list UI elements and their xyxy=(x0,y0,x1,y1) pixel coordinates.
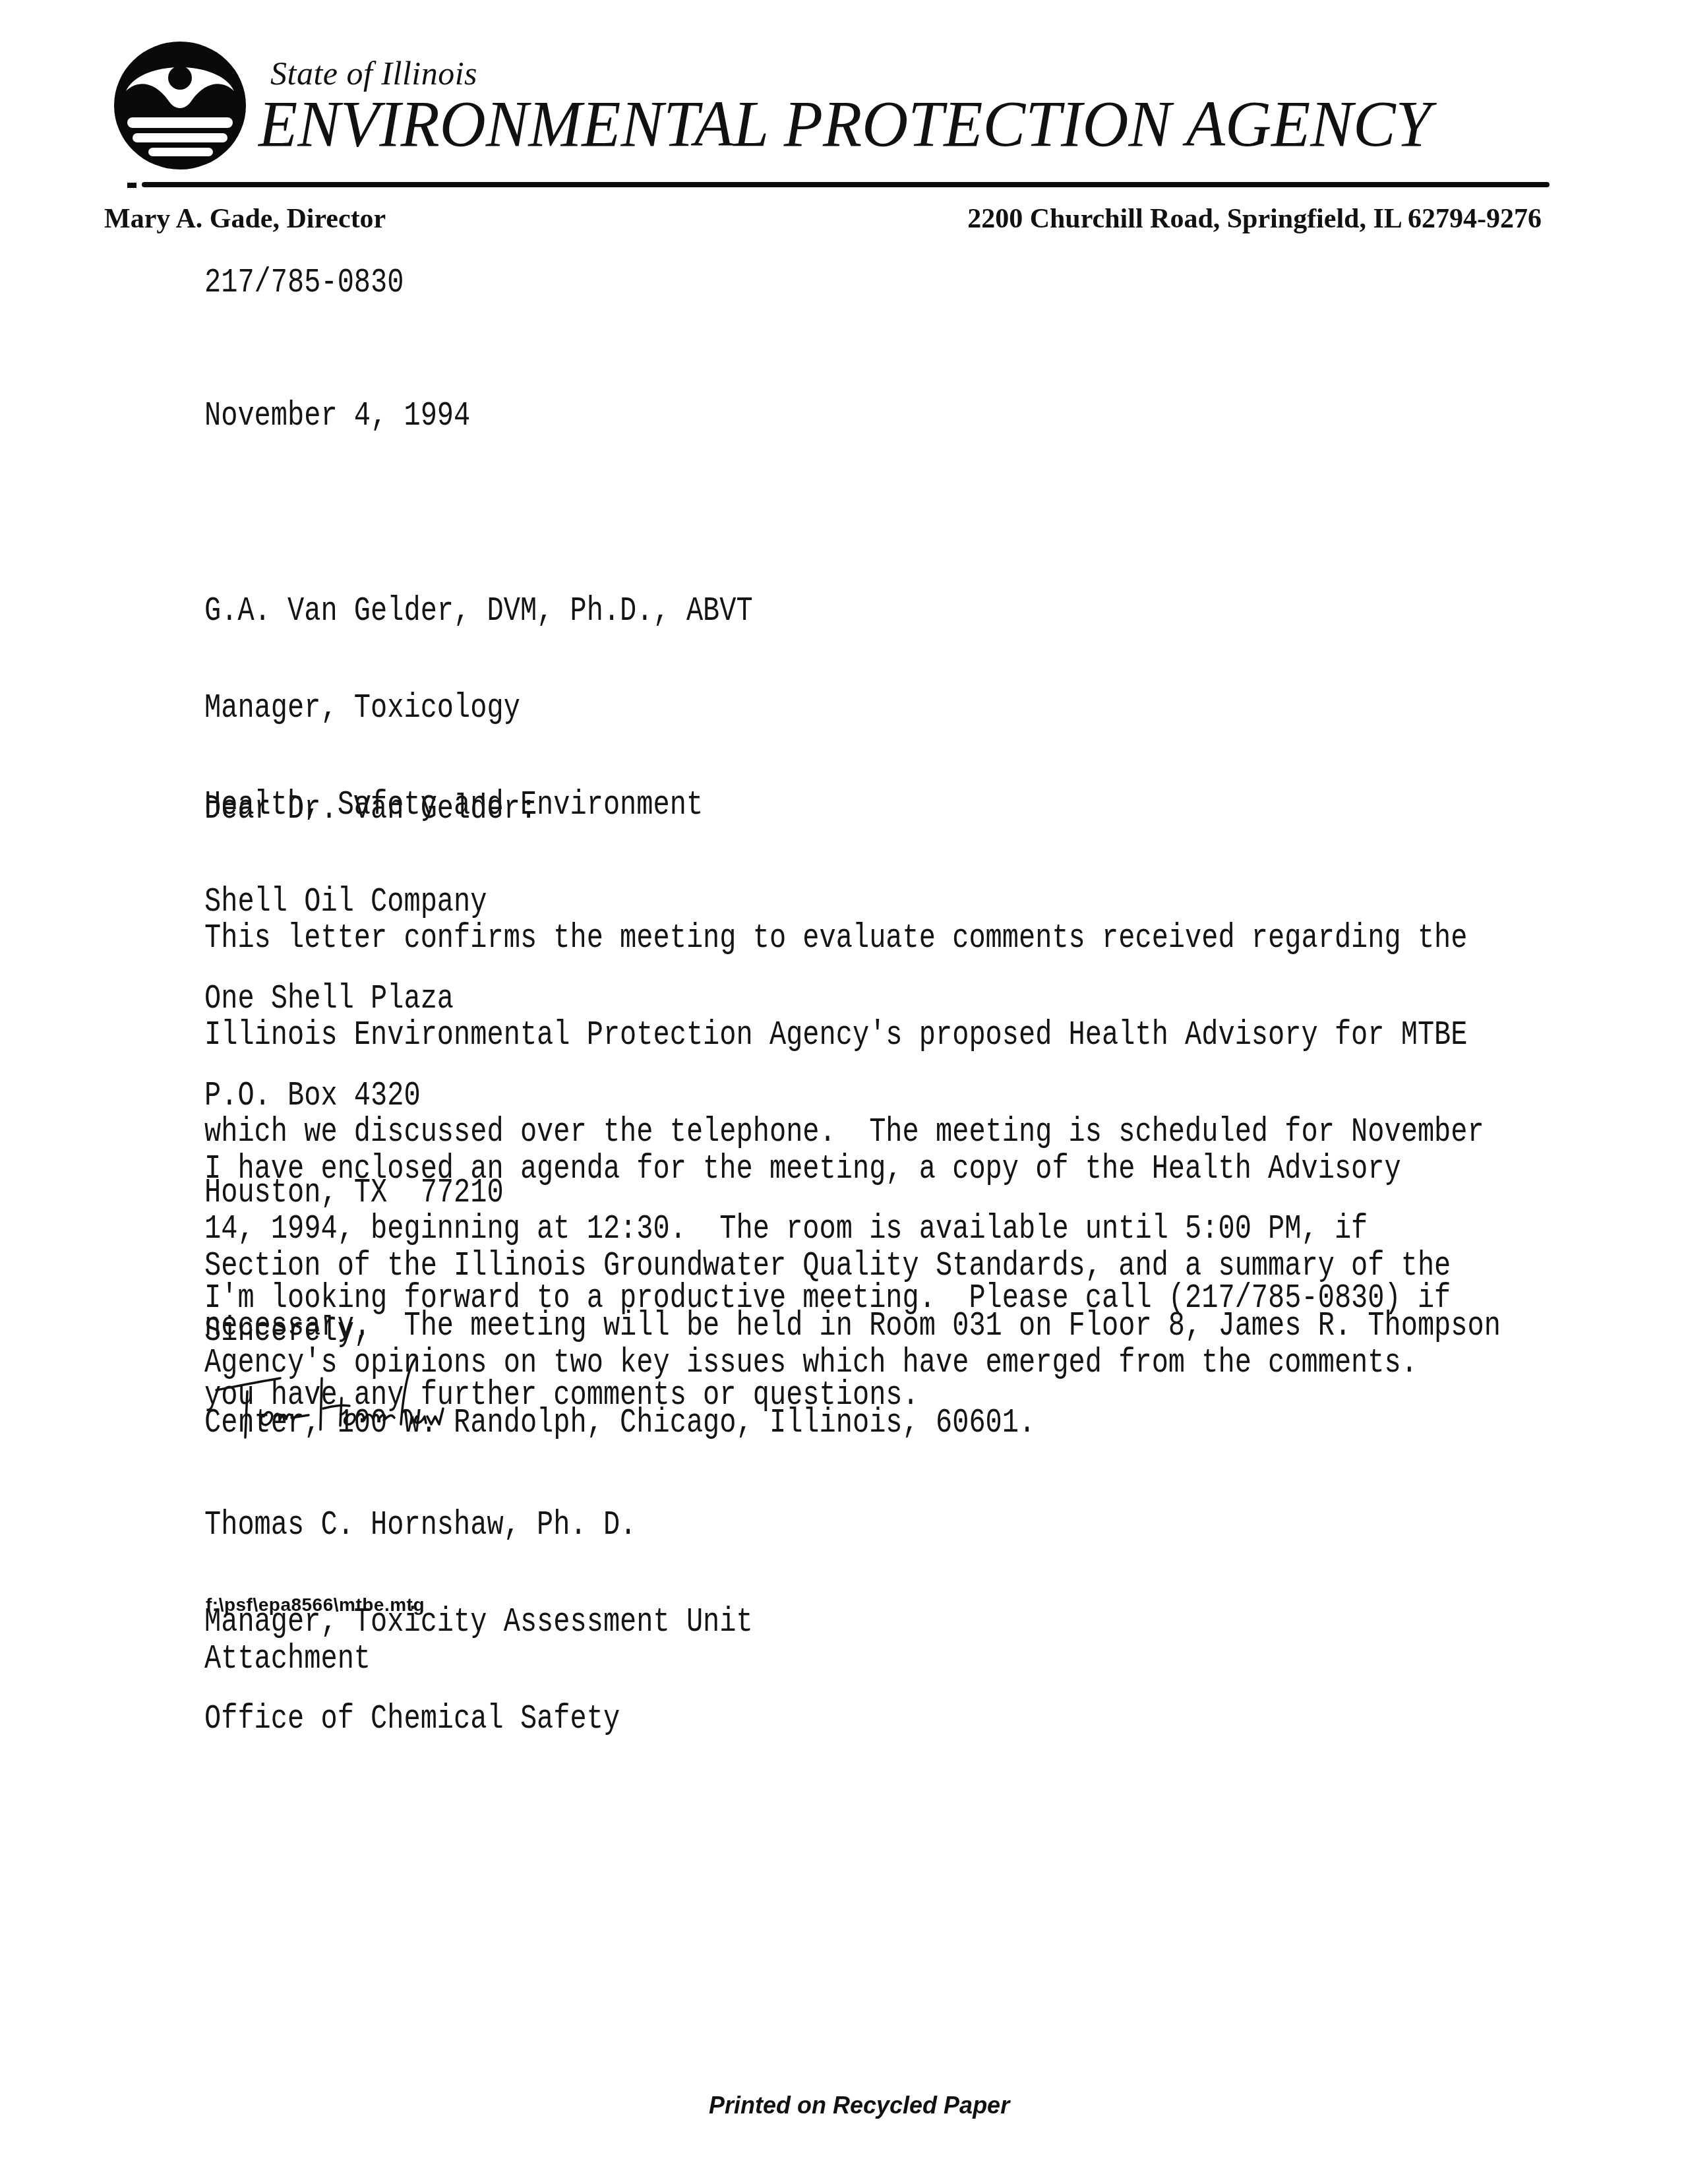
text-line: I have enclosed an agenda for the meetin… xyxy=(204,1157,1451,1189)
enclosure-note: Attachment xyxy=(204,1647,371,1679)
letter-date: November 4, 1994 xyxy=(204,404,470,436)
text-line: I'm looking forward to a productive meet… xyxy=(204,1286,1451,1318)
text-line: Illinois Environmental Protection Agency… xyxy=(204,1023,1501,1055)
agency-name: ENVIRONMENTAL PROTECTION AGENCY xyxy=(258,91,1432,157)
handwritten-signature-icon xyxy=(211,1352,620,1451)
recycled-paper-note: Printed on Recycled Paper xyxy=(709,2092,1010,2119)
agency-address: 2200 Churchill Road, Springfield, IL 627… xyxy=(967,203,1542,235)
recipient-line: Manager, Toxicology xyxy=(204,696,753,728)
file-reference: f:\psf\epa8566\mtbe.mtg xyxy=(206,1594,425,1616)
letterhead-rule xyxy=(142,182,1550,187)
illinois-epa-seal-icon xyxy=(107,40,253,171)
text-line: This letter confirms the meeting to eval… xyxy=(204,926,1501,958)
salutation: Dear Dr. Van Gelder: xyxy=(204,797,537,829)
letterhead-rule-dash xyxy=(127,183,136,188)
closing: Sincerely, xyxy=(204,1319,371,1351)
director-name: Mary A. Gade, Director xyxy=(104,203,386,235)
sender-phone: 217/785-0830 xyxy=(204,270,404,303)
signer-name: Thomas C. Hornshaw, Ph. D. xyxy=(204,1513,753,1545)
recipient-line: G.A. Van Gelder, DVM, Ph.D., ABVT xyxy=(204,599,753,631)
signer-office: Office of Chemical Safety xyxy=(204,1707,753,1739)
